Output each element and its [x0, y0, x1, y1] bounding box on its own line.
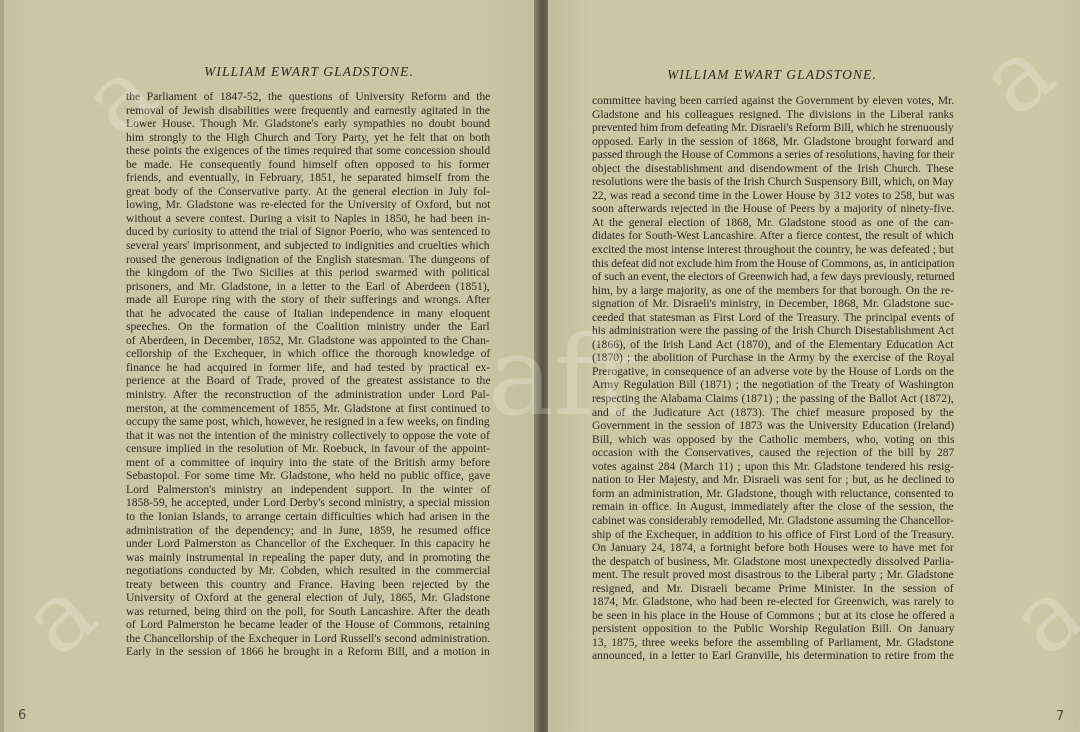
text-line: to the Ionian Islands, to arrange certai… [126, 510, 490, 524]
text-line: administration of the dependency; and in… [126, 524, 490, 538]
text-line: committee having been carried against th… [592, 94, 954, 108]
text-line: finance he had acquired in former life, … [126, 361, 490, 375]
text-line: without a severe contest. During a visit… [126, 212, 490, 226]
text-line: passed through the House of Commons a se… [592, 148, 954, 162]
text-line: nation to Her Majesty, and Mr. Disraeli … [592, 473, 954, 487]
text-line: the despatch of business, Mr. Gladstone … [592, 555, 954, 569]
running-head: WILLIAM EWART GLADSTONE. [128, 64, 490, 80]
text-line: Gladstone and his colleagues resigned. T… [592, 108, 954, 122]
text-line: cabinet was considerably remodelled, Mr.… [592, 514, 954, 528]
text-line: negotiations conducted by Mr. Cobden, wh… [126, 564, 490, 578]
text-line: and of the Judicature Act (1873). The ch… [592, 406, 954, 420]
text-line: perience at the Board of Trade, proved o… [126, 374, 490, 388]
text-line: was returned, being third on the poll, f… [126, 605, 490, 619]
watermark-glyph: a [1, 555, 117, 678]
text-line: him strongly to the High Church and Tory… [126, 131, 490, 145]
book-spread: WILLIAM EWART GLADSTONE. the Parliament … [0, 0, 1080, 732]
text-line: this defeat did not exclude him from the… [592, 257, 954, 271]
text-line: treaty between this country and France. … [126, 578, 490, 592]
text-line: Lower House. Though Mr. Gladstone's earl… [126, 117, 490, 131]
text-line: respecting the Alabama Claims (1871) ; t… [592, 392, 954, 406]
text-line: was mainly instrumental in repealing the… [126, 551, 490, 565]
text-line: excited the most intense interest throug… [592, 243, 954, 257]
text-line: Sebastopol. For some time Mr. Gladstone,… [126, 469, 490, 483]
text-line: 1858-59, he accepted, under Lord Derby's… [126, 496, 490, 510]
text-line: On January 24, 1874, a fortnight before … [592, 541, 954, 555]
text-line: several years' imprisonment, and subject… [126, 239, 490, 253]
text-line: be made. He consequently found himself o… [126, 158, 490, 172]
text-line: object the disestablishment and disendow… [592, 162, 954, 176]
text-line: under Lord Palmerston as Chancellor of t… [126, 537, 490, 551]
text-line: didates for South-West Lancashire. After… [592, 229, 954, 243]
text-line: lowing, Mr. Gladstone was re-elected for… [126, 198, 490, 212]
watermark-glyph: a [989, 555, 1080, 678]
text-line: ship of the Exchequer, in addition to hi… [592, 528, 954, 542]
text-line: friends, and eventually, in February, 18… [126, 171, 490, 185]
text-line: 13, 1875, three weeks before the assembl… [592, 636, 954, 650]
text-line: 22, was read a second time in the Lower … [592, 189, 954, 203]
text-line: ministry. After the reconstruction of th… [126, 388, 490, 402]
text-line: removal of Jewish disabilities were freq… [126, 104, 490, 118]
text-line: ment of a committee of inquiry into the … [126, 456, 490, 470]
text-line: roused the generous indignation of the E… [126, 253, 490, 267]
text-line: opposed. Early in the session of 1868, M… [592, 135, 954, 149]
text-line: the kingdom of the Two Sicilies at this … [126, 266, 490, 280]
text-line: ment. The result proved most disastrous … [592, 568, 954, 582]
text-line: censure implied in the resolution of Mr.… [126, 442, 490, 456]
text-line: prisoners, and Mr. Gladstone, in a lette… [126, 280, 490, 294]
right-page: WILLIAM EWART GLADSTONE. committee havin… [548, 0, 1080, 732]
text-line: duced by curiosity to attend the trial o… [126, 225, 490, 239]
text-line: At the general election of 1868, Mr. Gla… [592, 216, 954, 230]
text-line: votes against 284 (March 11) ; upon this… [592, 460, 954, 474]
text-line: speeches. On the formation of the Coalit… [126, 320, 490, 334]
text-line: resigned, and Mr. Disraeli became Prime … [592, 582, 954, 596]
page-body-text: the Parliament of 1847-52, the questions… [126, 90, 490, 659]
text-line: merston, at the commencement of 1855, Mr… [126, 402, 490, 416]
text-line: Bill, which was opposed by the Catholic … [592, 433, 954, 447]
running-head: WILLIAM EWART GLADSTONE. [591, 67, 953, 83]
text-line: him, by a large majority, as one of the … [592, 284, 954, 298]
text-line: his administration were the passing of t… [592, 324, 954, 338]
text-line: resolutions were the basis of the Irish … [592, 175, 954, 189]
text-line: these points the exigences of the times … [126, 144, 490, 158]
text-line: form an administration, Mr. Gladstone, t… [592, 487, 954, 501]
text-line: occupy the same post, which, however, he… [126, 415, 490, 429]
text-line: announced, in a letter to Earl Granville… [592, 649, 954, 663]
text-line: persistent opposition to the Public Wors… [592, 622, 954, 636]
text-line: that he advocated the cause of Italian i… [126, 307, 490, 321]
text-line: (1870) ; the abolition of Purchase in th… [592, 351, 954, 365]
text-line: that it was not the intention of the min… [126, 429, 490, 443]
text-line: Early in the session of 1866 he brought … [126, 645, 490, 659]
text-line: Army Regulation Bill (1871) ; the negoti… [592, 378, 954, 392]
text-line: be seen in his place in the House of Com… [592, 609, 954, 623]
text-line: remain in office. In August, immediately… [592, 500, 954, 514]
text-line: 1874, Mr. Gladstone, who had been re-ele… [592, 595, 954, 609]
text-line: signation of Mr. Disraeli's ministry, in… [592, 297, 954, 311]
text-line: made all Europe ring with the story of t… [126, 293, 490, 307]
text-line: prevented him from defeating Mr. Disrael… [592, 121, 954, 135]
text-line: the Chancellorship of the Exchequer in L… [126, 632, 490, 646]
text-line: (1866), of the Irish Land Act (1870), an… [592, 338, 954, 352]
text-line: the Parliament of 1847-52, the questions… [126, 90, 490, 104]
page-body-text: committee having been carried against th… [592, 94, 954, 663]
text-line: soon afterwards rejected in the House of… [592, 202, 954, 216]
text-line: Government in the session of 1873 was th… [592, 419, 954, 433]
text-line: Lord Palmerston's ministry an independen… [126, 483, 490, 497]
page-number: 6 [18, 708, 26, 723]
left-page-edge [0, 0, 4, 732]
page-number: 7 [1056, 709, 1064, 724]
text-line: of such an event, the electors of Greenw… [592, 270, 954, 284]
text-line: occasion with the Conservatives, caused … [592, 446, 954, 460]
text-line: Prerogative, in consequence of an advers… [592, 365, 954, 379]
text-line: University of Oxford at the general elec… [126, 591, 490, 605]
left-page: WILLIAM EWART GLADSTONE. the Parliament … [0, 0, 536, 732]
watermark-glyph: a [959, 15, 1075, 138]
text-line: great body of the Conservative party. At… [126, 185, 490, 199]
text-line: of Lord Palmerston he became leader of t… [126, 618, 490, 632]
text-line: cellorship of the Exchequer, in which of… [126, 347, 490, 361]
text-line: ceeded that statesman as First Lord of t… [592, 311, 954, 325]
text-line: of Aberdeen, in December, 1852, Mr. Glad… [126, 334, 490, 348]
